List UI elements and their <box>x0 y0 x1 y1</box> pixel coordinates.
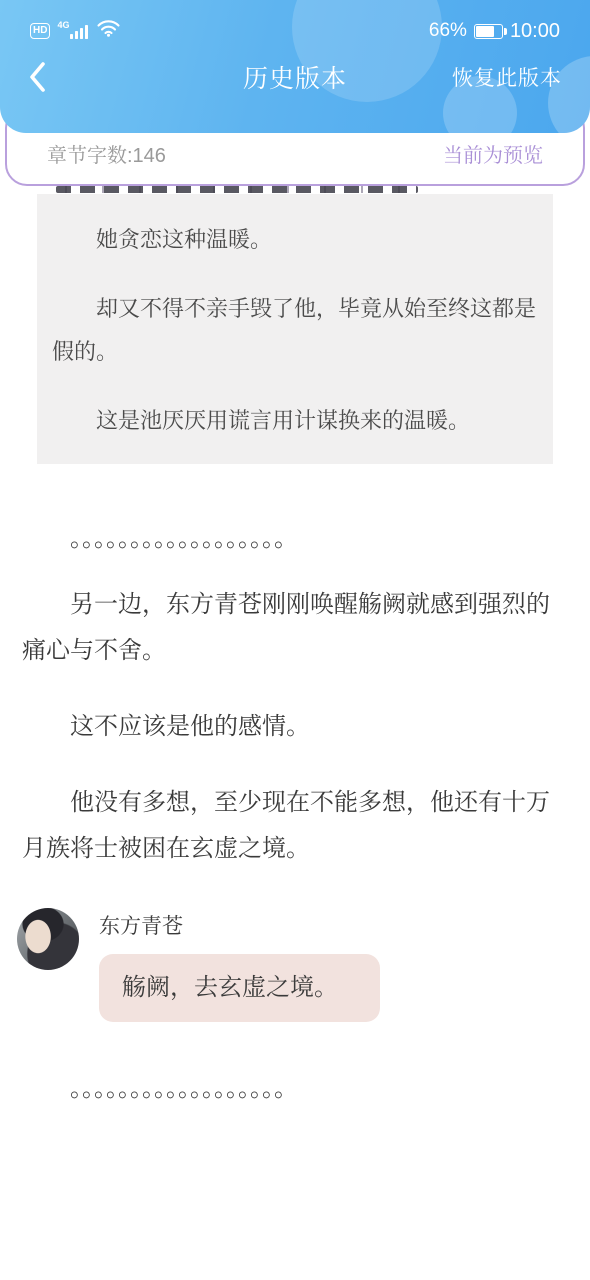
chat-bubble: 觞阙，去玄虚之境。 <box>99 954 380 1022</box>
wifi-icon <box>97 20 120 42</box>
body-paragraph: 另一边，东方青苍刚刚唤醒觞阙就感到强烈的痛心与不舍。 <box>22 582 568 674</box>
chat-message: 东方青苍 觞阙，去玄虚之境。 <box>17 908 568 1022</box>
hd-icon: HD <box>30 23 50 39</box>
status-bar: HD 4G 66% <box>0 0 590 48</box>
clock-label: 10:00 <box>510 20 560 43</box>
preview-status-label: 当前为预览 <box>443 139 543 168</box>
rendered-preview-block: 她贪恋这种温暖。 却又不得不亲手毁了他，毕竟从始至终这都是假的。 这是池厌厌用谎… <box>37 194 553 464</box>
preview-paragraph: 却又不得不亲手毁了他，毕竟从始至终这都是假的。 <box>52 287 539 373</box>
word-count-label: 章节字数:146 <box>47 139 166 168</box>
body-paragraph: 这不应该是他的感情。 <box>22 704 568 750</box>
clipped-text-line <box>56 186 418 193</box>
chapter-body: 。。。。。。。。。。。。。。。。。。 另一边，东方青苍刚刚唤醒觞阙就感到强烈的痛… <box>0 512 590 1116</box>
battery-percent-label: 66% <box>429 20 467 42</box>
nav-bar: 历史版本 恢复此版本 <box>0 48 590 106</box>
chapter-preview-scroll-area[interactable]: 她贪恋这种温暖。 却又不得不亲手毁了他，毕竟从始至终这都是假的。 这是池厌厌用谎… <box>0 186 590 1132</box>
restore-version-button[interactable]: 恢复此版本 <box>452 62 562 92</box>
avatar <box>17 908 79 970</box>
preview-paragraph: 她贪恋这种温暖。 <box>52 218 539 261</box>
battery-icon <box>474 24 503 39</box>
scene-separator: 。。。。。。。。。。。。。。。。。。 <box>22 1062 490 1116</box>
chat-speaker-name: 东方青苍 <box>99 912 380 942</box>
signal-bars-icon: 4G <box>57 23 90 39</box>
body-paragraph: 他没有多想，至少现在不能多想，他还有十万月族将士被困在玄虚之境。 <box>22 780 568 872</box>
app-header: HD 4G 66% <box>0 0 590 133</box>
preview-paragraph: 这是池厌厌用谎言用计谋换来的温暖。 <box>52 399 539 442</box>
chapter-info-row: 章节字数:146 当前为预览 <box>7 139 583 184</box>
scene-separator: 。。。。。。。。。。。。。。。。。。 <box>22 512 490 566</box>
